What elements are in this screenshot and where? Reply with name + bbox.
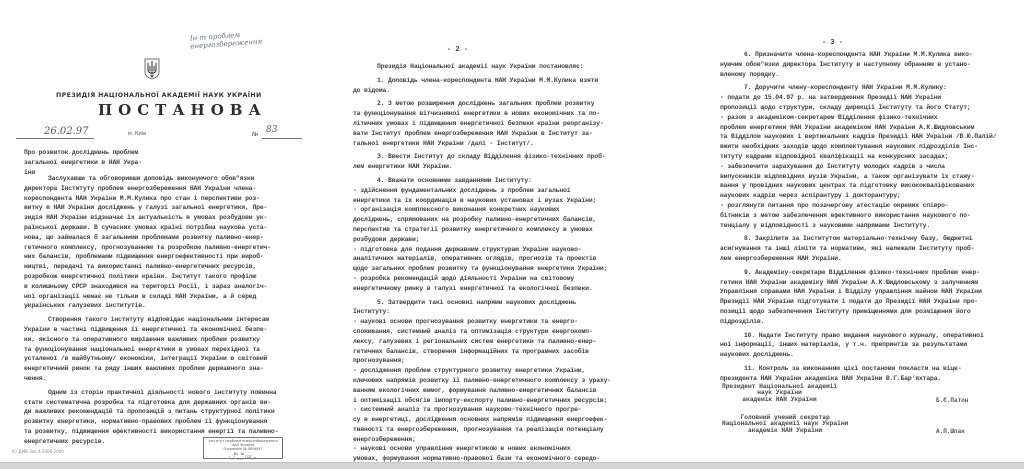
document-page-2: - 2 - Президія Національної академії нау… bbox=[345, 0, 675, 462]
text-line: - підготовка для подання державним струк… bbox=[353, 245, 671, 255]
text-line: випускників відповідних вузів України, а… bbox=[720, 172, 1020, 182]
text-line: розробкою енергетичної політики країни. … bbox=[24, 272, 324, 282]
text-line: бітників з метою забезпечення ефективног… bbox=[720, 211, 1020, 221]
text-line: Одним із сторін практичної діяльності но… bbox=[24, 388, 324, 398]
text-line: 11. Контроль за виконанням цієї постанов… bbox=[720, 364, 1020, 374]
text-line: - здійснення фундаментальних досліджень … bbox=[353, 186, 671, 196]
text-line: нуючим обов"язки директора Інституту в н… bbox=[720, 60, 1020, 70]
stamp-line: "__" ____ 199_ р. bbox=[204, 456, 282, 460]
document-date: 26.02.97 bbox=[44, 126, 89, 137]
text-line: ключових напрямів розвитку її паливно-ен… bbox=[353, 376, 671, 386]
subject-line: Про розвиток досліджень проблем bbox=[24, 148, 164, 158]
text-line: та функціонування вітчизняної енергетики… bbox=[353, 109, 671, 119]
text-line: Створення такого інституту відповідає на… bbox=[24, 315, 324, 325]
trident-emblem-icon bbox=[144, 58, 160, 80]
text-line: та розвитку, підвищення ефективності вик… bbox=[24, 427, 324, 437]
text-line: 8. Закріпити за Інститутом матеріально-т… bbox=[720, 234, 1020, 244]
text-line: ної організації немає не тільки в складі… bbox=[24, 292, 324, 302]
text-line: України в частині підвищення її енергети… bbox=[24, 325, 324, 335]
text-line: в колишньому СРСР знаходився на територі… bbox=[24, 282, 324, 292]
text-line: проблем енергетики НАН України академіко… bbox=[720, 123, 1020, 133]
number-label: № bbox=[252, 131, 258, 138]
document-subject: Про розвиток досліджень проблем загально… bbox=[24, 148, 164, 177]
text-line: ванням екологічних вимог, формування пал… bbox=[353, 386, 671, 396]
text-line: вжити необхідних заходів щодо комплектув… bbox=[720, 142, 1020, 152]
text-line: 1. Доповідь члена-кореспондента НАН Укра… bbox=[353, 76, 671, 86]
signatory-name: Б.Є.Патон bbox=[936, 397, 968, 404]
text-line: - дослідження проблем структурного розви… bbox=[353, 366, 671, 376]
text-line: - системний аналіз та прогнозування наук… bbox=[353, 405, 671, 415]
text-line: споживання, системний аналіз та оптиміза… bbox=[353, 327, 671, 337]
registration-stamp: Інститут проблем енергозбереженняНАН Укр… bbox=[203, 437, 283, 459]
text-line: гетики НАН України академіку НАН України… bbox=[720, 278, 1020, 288]
text-line: прогнозування; bbox=[353, 356, 671, 366]
text-line: ки, якісного та оперативного вирішення в… bbox=[24, 335, 324, 345]
number-underline bbox=[262, 138, 302, 139]
document-page-1: Ін-т проблем енергозбереження ПРЕЗИДІЯ Н… bbox=[0, 0, 340, 462]
text-line: ництві, передачі та використанні паливно… bbox=[24, 262, 324, 272]
viewer-bottom-strip bbox=[0, 462, 1024, 469]
preamble-text: Заслухавши та обговоривши доповідь викон… bbox=[24, 174, 324, 447]
text-line: - наукові основи управління енергетикою … bbox=[353, 444, 671, 454]
text-line: - разом з академіком-секретарем Відділен… bbox=[720, 113, 1020, 123]
signature-secretary: Головний учений секретар Національної ак… bbox=[722, 415, 1022, 455]
text-line: гетичних балансів, створення інформаційн… bbox=[353, 347, 671, 357]
text-line: вання у провідних наукових центрах та пі… bbox=[720, 181, 1020, 191]
text-line: та Відділом наукових і вертикальних кадр… bbox=[720, 132, 1020, 142]
text-line: раїнської держави. В сучасних умовах кра… bbox=[24, 223, 324, 233]
text-line: 6. Призначити члена-кореспондента НАН Ук… bbox=[720, 50, 1020, 60]
text-line: позиції щодо забезпечення Інституту прим… bbox=[720, 307, 1020, 317]
text-line: вленому порядку. bbox=[720, 70, 1020, 80]
text-line: енергетичному ринку в галузі енергетично… bbox=[353, 284, 671, 294]
text-line: тивності та енергозбереження, прогнозува… bbox=[353, 425, 671, 435]
text-line: - організація комплексного виконання кон… bbox=[353, 205, 671, 215]
text-line: наукових кадрів через аспірантуру і докт… bbox=[720, 191, 1020, 201]
text-line: стати систематична розробка та підготовк… bbox=[24, 398, 324, 408]
page-number: - 2 - bbox=[447, 46, 468, 54]
text-line: - розробка рекомендацій щодо діяльності … bbox=[353, 274, 671, 284]
paragraph: 10. Надати Інституту право видання науко… bbox=[720, 331, 1020, 360]
signatory-name: А.П.Шпак bbox=[936, 428, 965, 435]
text-line: і оптимізації обсягів імпорту-експорту п… bbox=[353, 396, 671, 406]
text-line: досліджень, спрямованих на розробку пали… bbox=[353, 215, 671, 225]
text-line: розбудови держави; bbox=[353, 235, 671, 245]
signatory-title: Головний учений секретар Національної ак… bbox=[722, 415, 848, 434]
text-line: пропозиції щодо структури, складу дирекц… bbox=[720, 103, 1020, 113]
text-line: тенціалу у відповідності з науковими нап… bbox=[720, 221, 1020, 231]
text-line: літичних умовах і підвищення енергетично… bbox=[353, 119, 671, 129]
text-line: енергозбереження; bbox=[353, 435, 671, 445]
text-line: гальної енергетики НАН України /далі - І… bbox=[353, 139, 671, 149]
signatory-title: Президент Національної академії наук Укр… bbox=[722, 384, 837, 403]
document-title: ПОСТАНОВА bbox=[98, 101, 267, 119]
text-line: гетичного комплексу, прогнозуванням та р… bbox=[24, 243, 324, 253]
text-line: - подати до 15.04.97 р. на затвердження … bbox=[720, 93, 1020, 103]
text-line: підрозділів. bbox=[720, 317, 1020, 327]
text-line: до відома. bbox=[353, 86, 671, 96]
text-line: вати Інститут проблем енергозбереження Н… bbox=[353, 129, 671, 139]
signatory-title-line: академік НАН України bbox=[722, 397, 837, 403]
handwritten-note: Ін-т проблем енергозбереження bbox=[190, 30, 263, 51]
paragraph: 5. Затвердити такі основні напрями науко… bbox=[353, 298, 671, 469]
text-line: ди важливих рекомендацій та пропозицій з… bbox=[24, 407, 324, 417]
text-line: перспектив та стратегії розвитку енергет… bbox=[353, 225, 671, 235]
text-line: енергетичний ринок та ряду інших важливи… bbox=[24, 364, 324, 374]
text-line: Управління справами НАН України і Відділ… bbox=[720, 287, 1020, 297]
text-line: су в енергетиці, дослідження основних на… bbox=[353, 415, 671, 425]
text-line: витку в НАН України досліджень у галузі … bbox=[24, 203, 324, 213]
paragraph: 9. Академіку-секретарю Відділення фізико… bbox=[720, 268, 1020, 327]
text-line: зидія НАН України відзначає їх актуальні… bbox=[24, 213, 324, 223]
text-line: розвитку енергетики, нормативно-правових… bbox=[24, 417, 324, 427]
text-line: лем енергетики НАН України. bbox=[353, 162, 671, 172]
text-line: лем енергозбереження НАН України. bbox=[720, 254, 1020, 264]
paragraph: 11. Контроль за виконанням цієї постанов… bbox=[720, 364, 1020, 384]
text-line: усталеної /в майбутньому/ економіки, інт… bbox=[24, 354, 324, 364]
text-line: титуту кадрами відповідної кваліфікації … bbox=[720, 152, 1020, 162]
resolution-text-page-2: Президія Національної академії наук Укра… bbox=[353, 62, 671, 469]
text-line: них балансів, проблемами підвищення енер… bbox=[24, 252, 324, 262]
text-line: - розглянути питання про позачергову ате… bbox=[720, 201, 1020, 211]
subject-line: загальної енергетики в НАН Укра- bbox=[24, 158, 164, 168]
paragraph: 2. З метою розширення досліджень загальн… bbox=[353, 99, 671, 148]
paragraph: 8. Закріпити за Інститутом матеріально-т… bbox=[720, 234, 1020, 263]
text-line: 9. Академіку-секретарю Відділення фізико… bbox=[720, 268, 1020, 278]
paragraph: Президія Національної академії наук Укра… bbox=[353, 62, 671, 72]
text-line: - забезпечити зарахування до Інституту м… bbox=[720, 162, 1020, 172]
date-underline bbox=[16, 138, 94, 139]
text-line: директора Інституту проблем енергозбереж… bbox=[24, 184, 324, 194]
text-line: 10. Надати Інституту право видання науко… bbox=[720, 331, 1020, 341]
text-line: ної інформації, інших матеріалів, у т.ч.… bbox=[720, 340, 1020, 350]
text-line: 3. Ввести Інститут до складу Відділення … bbox=[353, 152, 671, 162]
paragraph: 7. Доручити члену-кореспонденту НАН Укра… bbox=[720, 83, 1020, 230]
paragraph: Заслухавши та обговоривши доповідь викон… bbox=[24, 174, 324, 311]
document-city: м. Київ bbox=[128, 131, 146, 137]
text-line: щодо загальних проблем розвитку та функц… bbox=[353, 264, 671, 274]
text-line: 4. Вважати основними завданнями Інститут… bbox=[353, 176, 671, 186]
text-line: Президії НАН України підготувати і подат… bbox=[720, 297, 1020, 307]
text-line: кореспондента НАН України М.М.Кулика про… bbox=[24, 194, 324, 204]
page-number: - 3 - bbox=[822, 39, 843, 47]
text-line: чення. bbox=[24, 374, 324, 384]
text-line: нова, що займалася б загальними проблема… bbox=[24, 233, 324, 243]
paragraph: Створення такого інституту відповідає на… bbox=[24, 315, 324, 384]
issuer-heading: ПРЕЗИДІЯ НАЦІОНАЛЬНОЇ АКАДЕМІЇ НАУК УКРА… bbox=[56, 92, 262, 99]
text-line: Президія Національної академії наук Укра… bbox=[353, 62, 671, 72]
text-line: Заслухавши та обговоривши доповідь викон… bbox=[24, 174, 324, 184]
text-line: наукових досліджень. bbox=[720, 350, 1020, 360]
text-line: та функціонування національної енергетик… bbox=[24, 345, 324, 355]
paragraph: 4. Вважати основними завданнями Інститут… bbox=[353, 176, 671, 294]
text-line: 2. З метою розширення досліджень загальн… bbox=[353, 99, 671, 109]
text-line: - наукові основи прогнозування розвитку … bbox=[353, 317, 671, 327]
signatory-title-line: академік НАН України bbox=[722, 428, 848, 434]
text-line: українських галузевих інститутів. bbox=[24, 301, 324, 311]
text-line: 5. Затвердити такі основні напрями науко… bbox=[353, 298, 671, 308]
print-code: КТ.ДМК Зак.4-2000-2000 bbox=[12, 449, 64, 454]
date-number-line: 26.02.97 м. Київ № 83 bbox=[16, 126, 286, 142]
text-line: лексу, галузевих і регіональних систем е… bbox=[353, 337, 671, 347]
text-line: асигнування та інші ліміти та нормативи,… bbox=[720, 244, 1020, 254]
document-page-3: - 3 - 6. Призначити члена-кореспондента … bbox=[688, 0, 1024, 462]
text-line: Інституту: bbox=[353, 307, 671, 317]
paragraph: 1. Доповідь члена-кореспондента НАН Укра… bbox=[353, 76, 671, 96]
document-number: 83 bbox=[266, 125, 277, 135]
text-line: енергетики та їх координація в наукових … bbox=[353, 196, 671, 206]
paragraph: 6. Призначити члена-кореспондента НАН Ук… bbox=[720, 50, 1020, 79]
paragraph: 3. Ввести Інститут до складу Відділення … bbox=[353, 152, 671, 172]
resolution-text-page-3: 6. Призначити члена-кореспондента НАН Ук… bbox=[720, 50, 1020, 384]
text-line: аналітичних матеріалів, оперативних огля… bbox=[353, 254, 671, 264]
text-line: 7. Доручити члену-кореспонденту НАН Укра… bbox=[720, 83, 1020, 93]
